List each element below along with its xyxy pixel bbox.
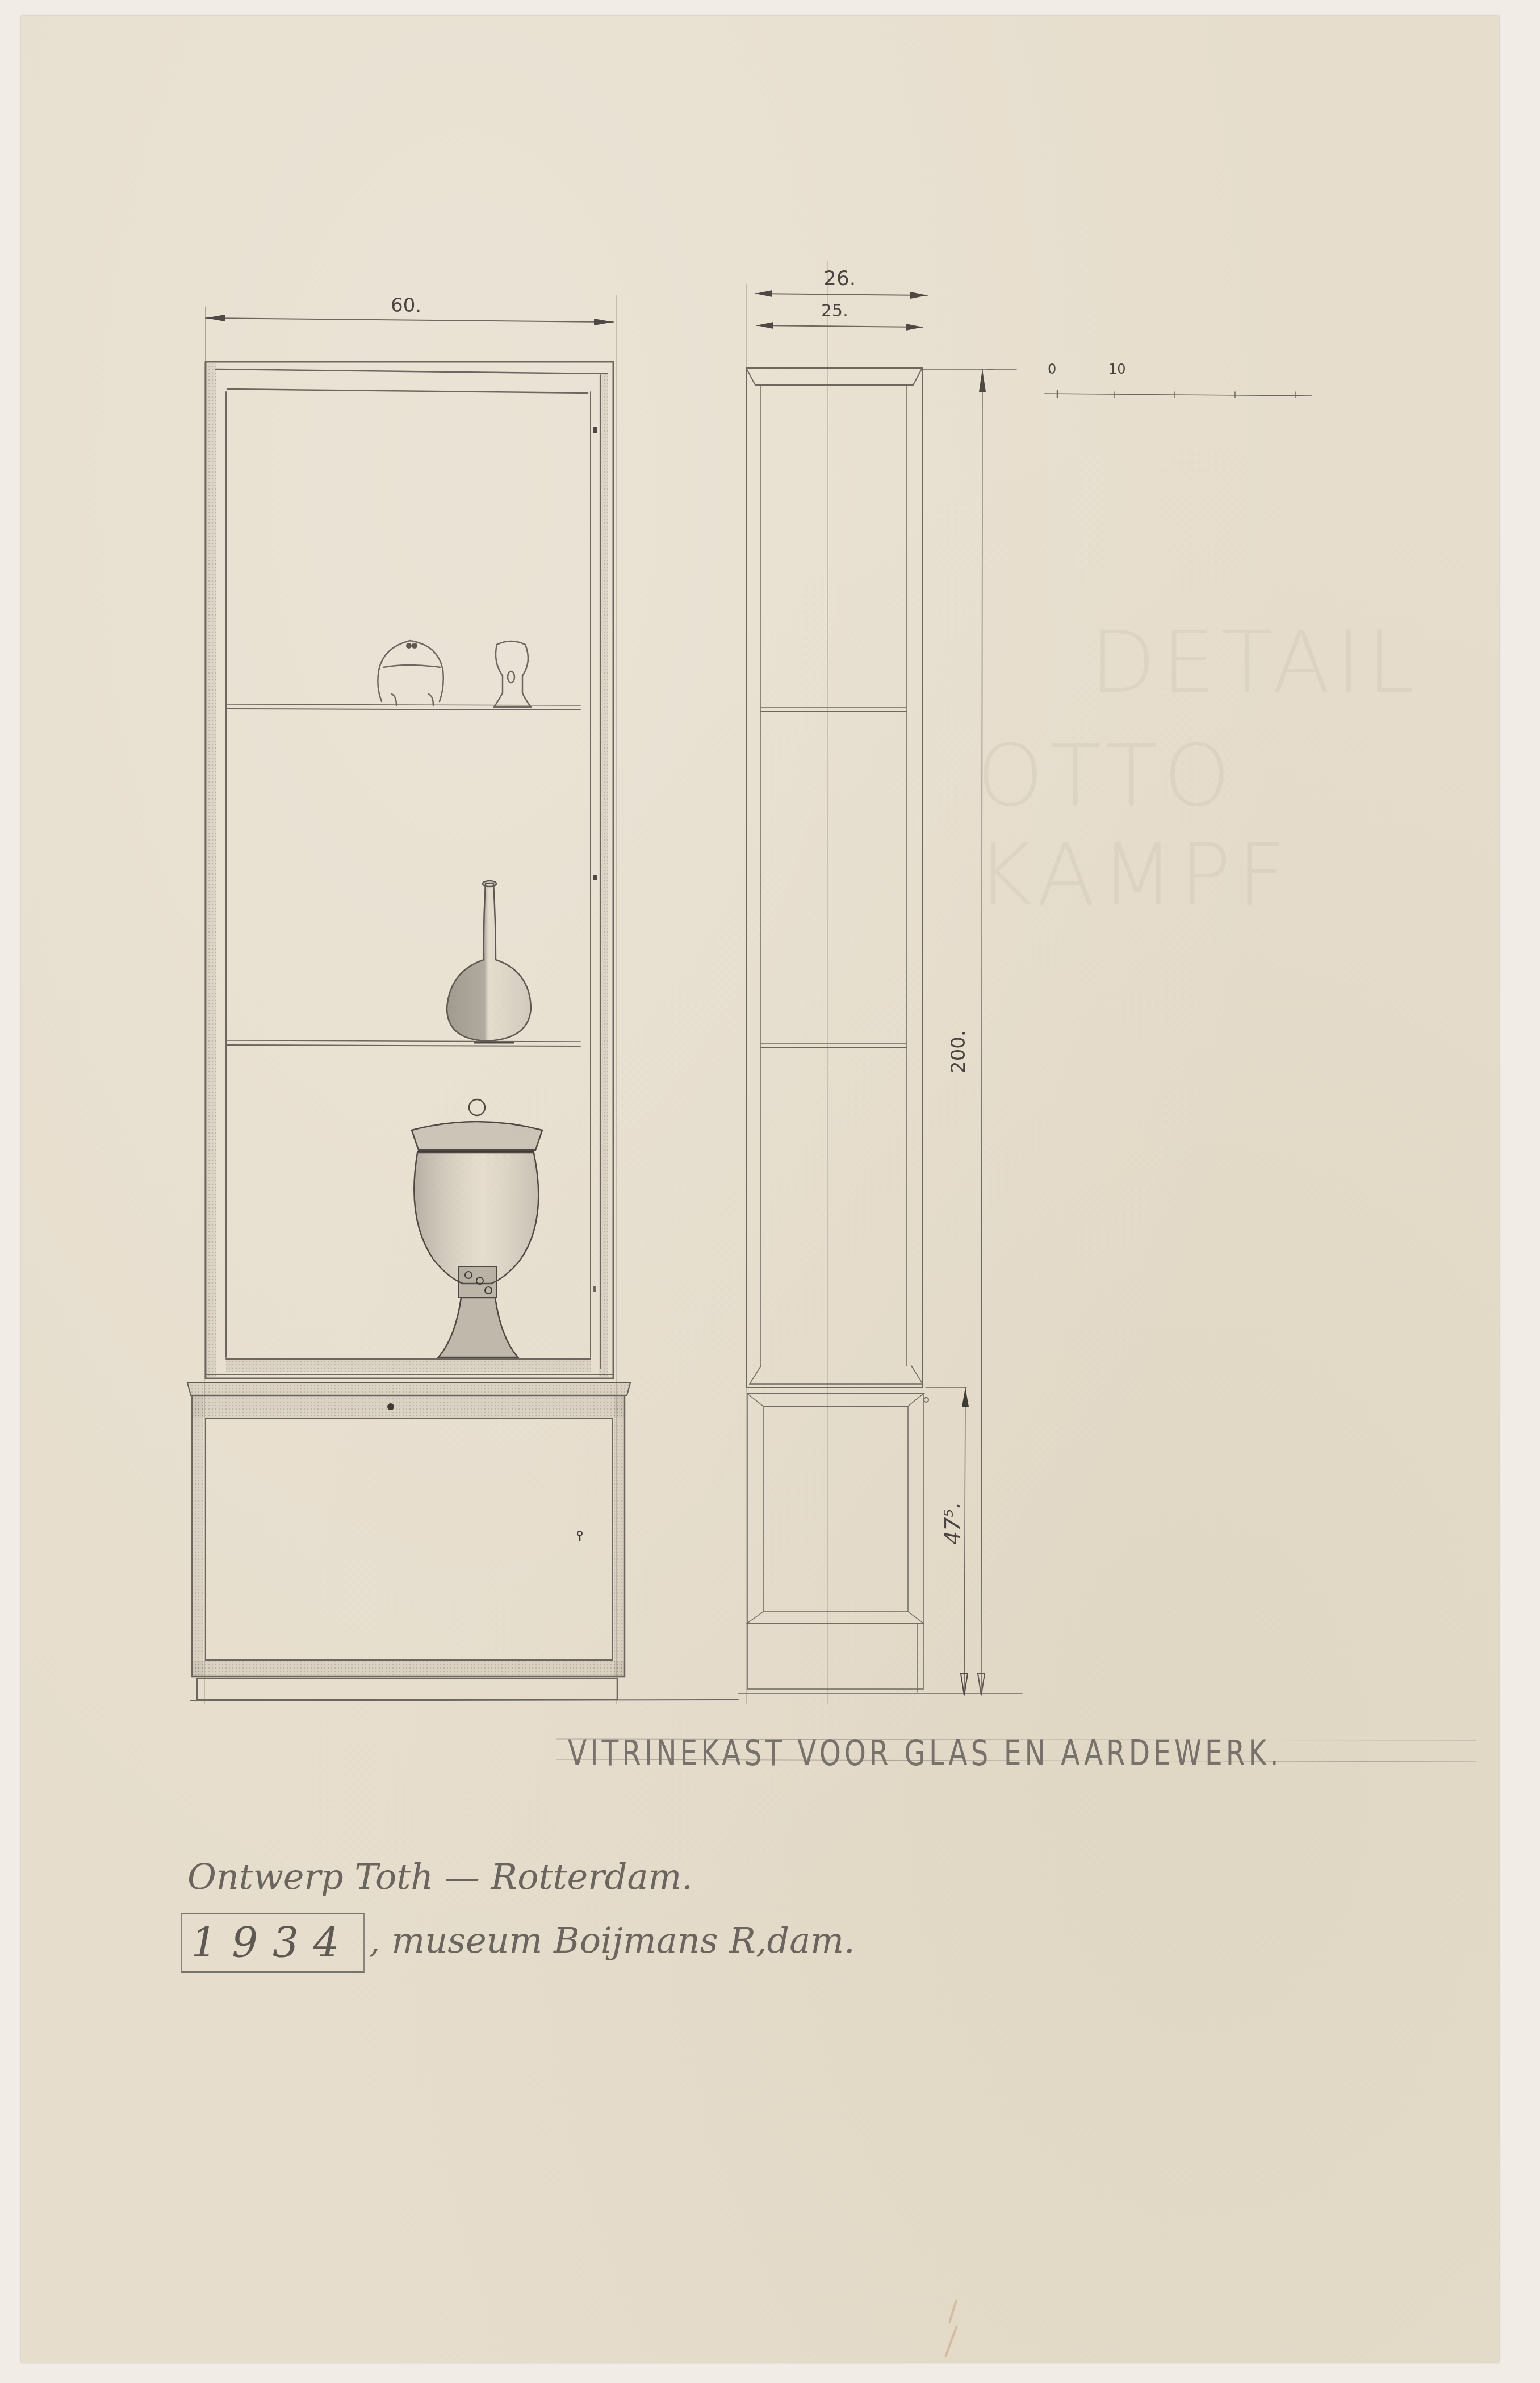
- dimension-side-depths: [746, 261, 927, 1704]
- lidded-bowl: [378, 641, 443, 705]
- label-side-outer-depth: 26.: [823, 267, 856, 290]
- scale-bar: [987, 369, 1312, 398]
- scale-label-10: 10: [1108, 361, 1126, 377]
- elevation-drawing: [0, 0, 1540, 2383]
- museum-annotation: , museum Boijmans R,dam.: [369, 1920, 855, 1961]
- front-elevation: [187, 295, 738, 1704]
- designer-annotation: Ontwerp Toth — Rotterdam.: [187, 1856, 693, 1897]
- label-base-height: 47⁵.: [940, 1502, 965, 1545]
- label-total-height: 200.: [947, 1030, 970, 1073]
- label-front-width: 60.: [391, 294, 421, 317]
- drawing-title: VITRINEKAST VOOR GLAS EN AARDEWERK.: [568, 1732, 1282, 1773]
- label-side-inner-depth: 25.: [821, 301, 848, 321]
- dimension-front-width: [204, 295, 616, 1704]
- scale-label-0: 0: [1048, 361, 1056, 377]
- stemmed-cup: [494, 641, 531, 707]
- bottle-vase: [447, 881, 531, 1043]
- side-elevation: [738, 261, 1022, 1704]
- covered-goblet-urn: [412, 1099, 542, 1357]
- keyhole-icon: [577, 1531, 582, 1541]
- year-box: 1934: [181, 1913, 365, 1973]
